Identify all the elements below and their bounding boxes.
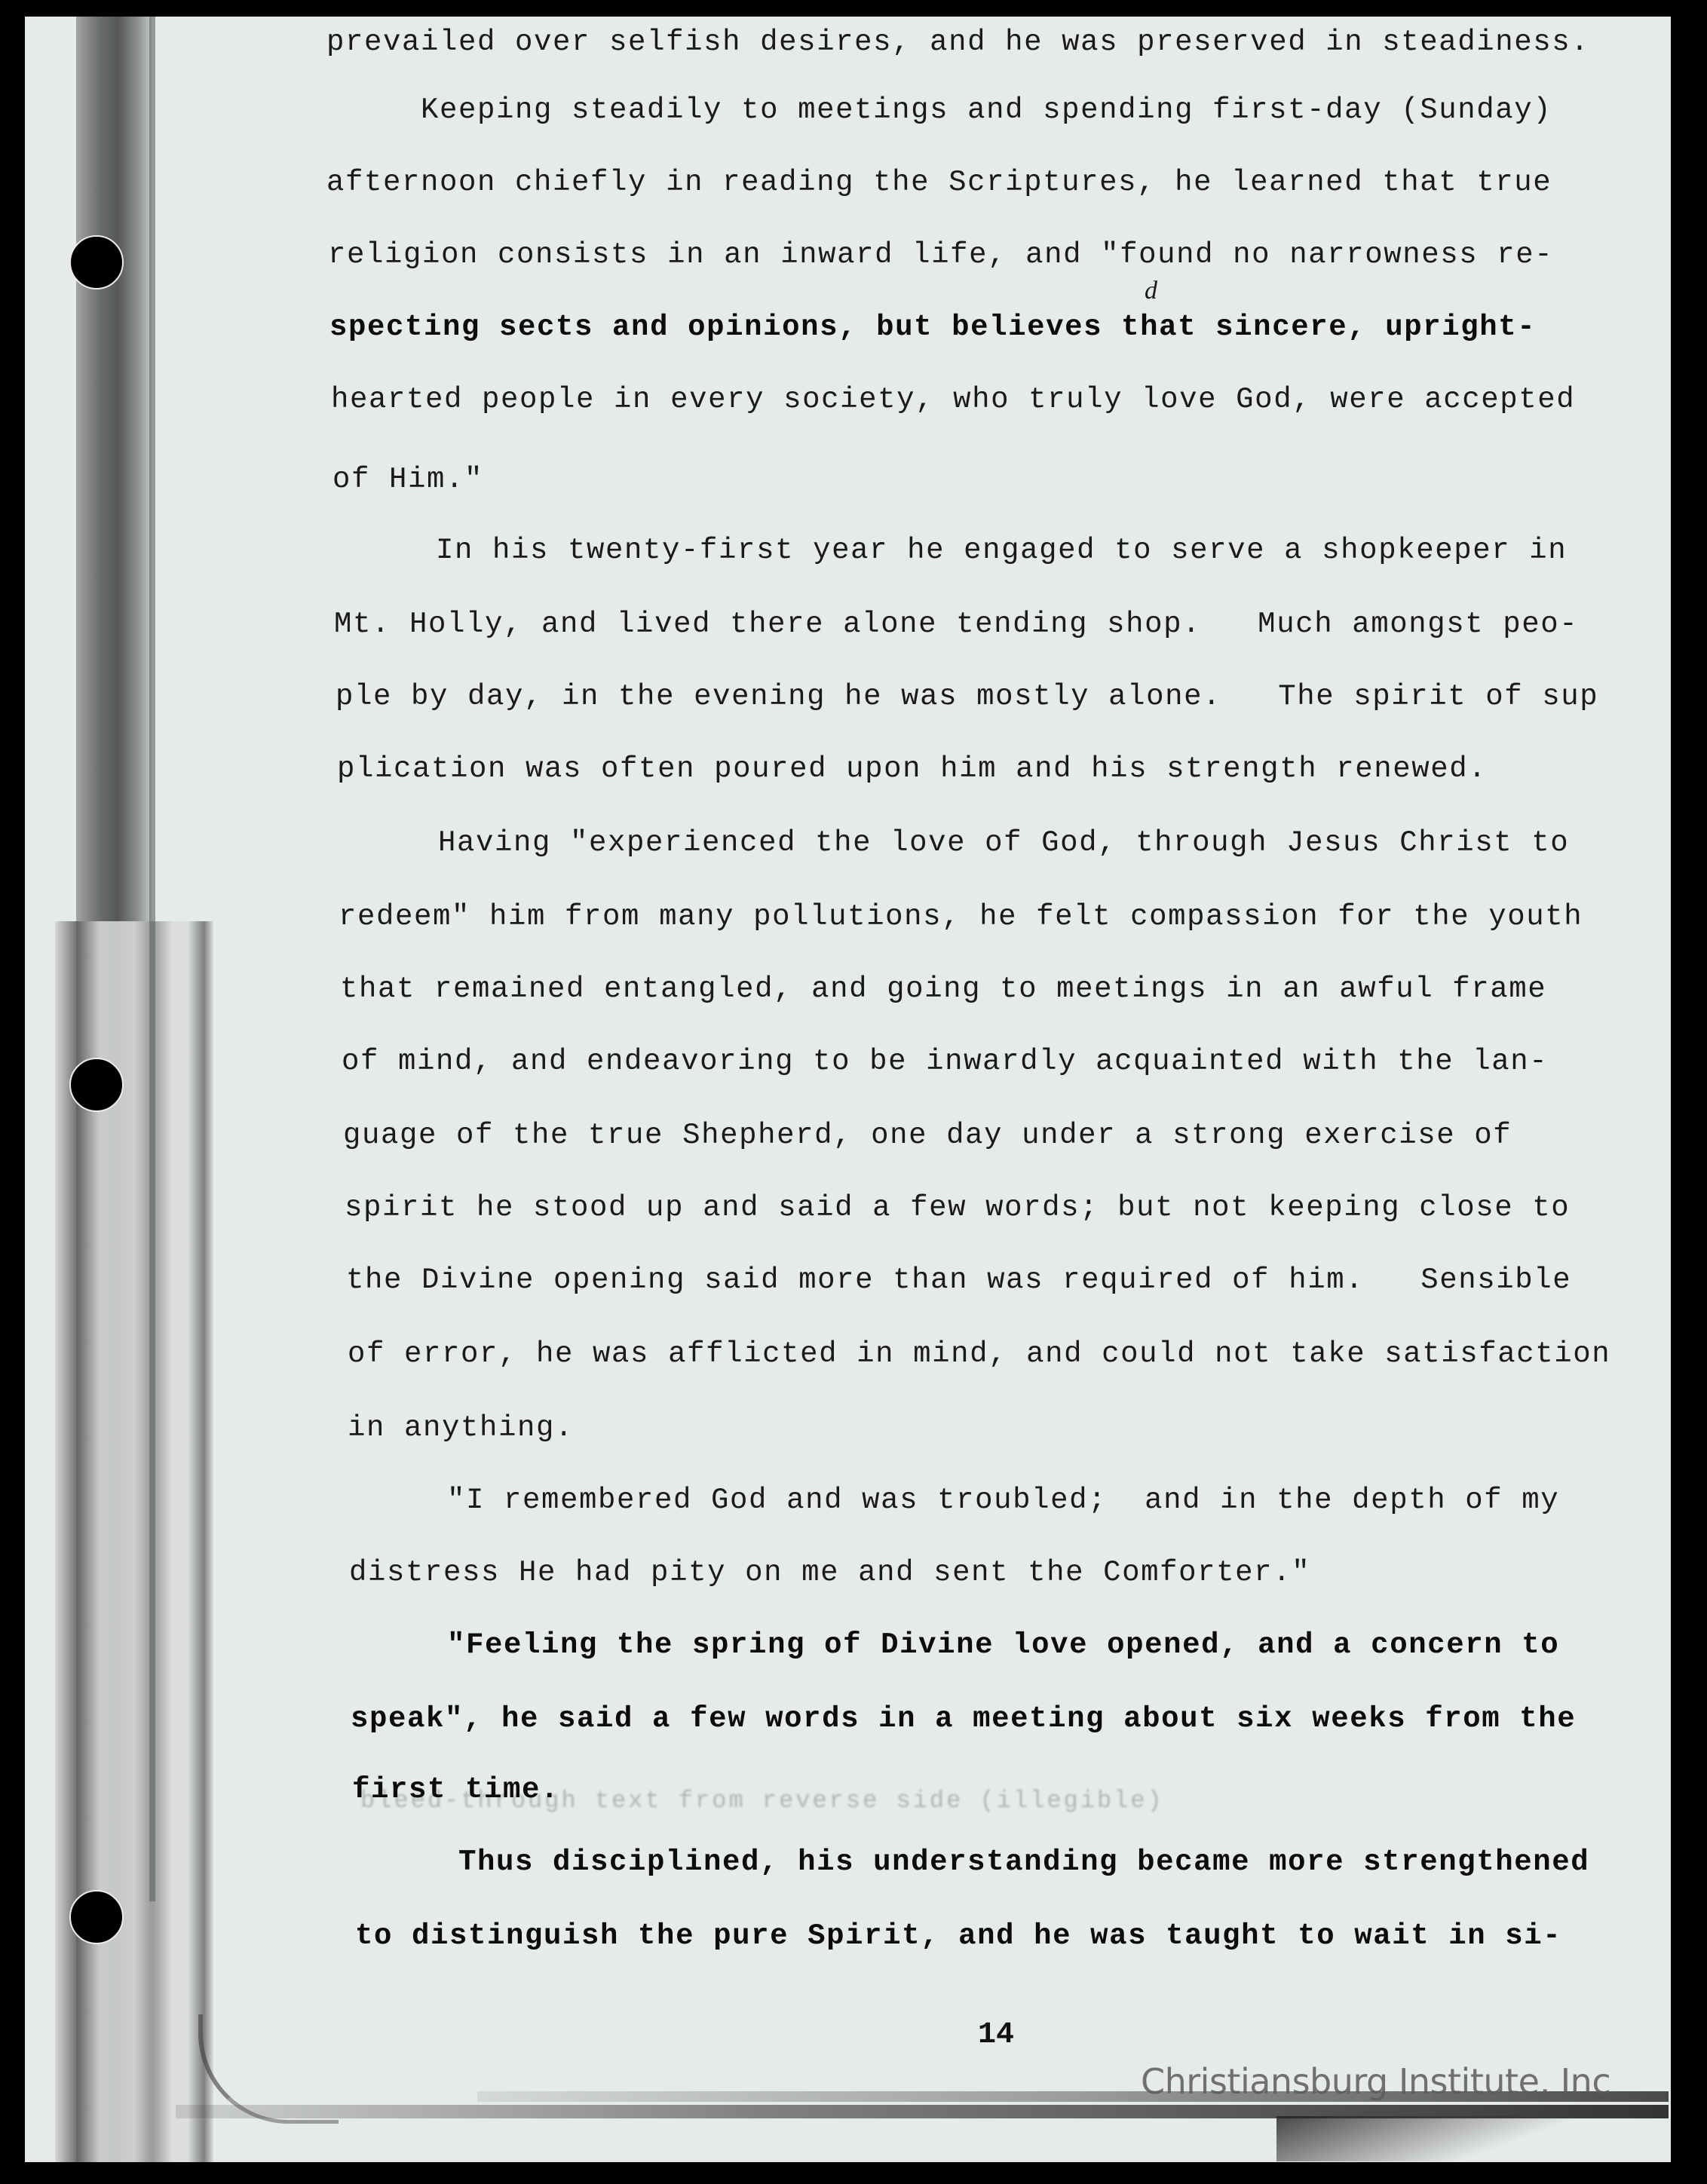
text-line: Thus disciplined, his understanding beca… (458, 1846, 1589, 1879)
text-line: redeem" him from many pollutions, he fel… (339, 900, 1583, 933)
typewritten-text: prevailed over selfish desires, and he w… (25, 17, 1671, 2162)
text-line: ple by day, in the evening he was mostly… (336, 680, 1598, 713)
text-line: specting sects and opinions, but believe… (329, 311, 1536, 344)
text-line: that remained entangled, and going to me… (340, 973, 1546, 1006)
text-line: to distinguish the pure Spirit, and he w… (355, 1919, 1561, 1953)
text-line: speak", he said a few words in a meeting… (351, 1702, 1576, 1735)
text-line: first time. (352, 1773, 559, 1806)
text-line: "I remembered God and was troubled; and … (447, 1484, 1559, 1517)
text-line: of Him." (333, 463, 483, 496)
page-number: 14 (978, 2018, 1014, 2052)
text-line: distress He had pity on me and sent the … (349, 1556, 1310, 1589)
text-line: of mind, and endeavoring to be inwardly … (342, 1045, 1548, 1078)
text-line: the Divine opening said more than was re… (346, 1264, 1571, 1297)
text-line: "Feeling the spring of Divine love opene… (447, 1628, 1559, 1662)
watermark: Christiansburg Institute, Inc (1141, 2061, 1610, 2102)
text-line: afternoon chiefly in reading the Scriptu… (326, 166, 1552, 199)
text-line: religion consists in an inward life, and… (328, 238, 1553, 271)
text-line: prevailed over selfish desires, and he w… (326, 26, 1589, 59)
text-line: in anything. (348, 1411, 574, 1444)
text-line: hearted people in every society, who tru… (331, 383, 1575, 416)
text-line: plication was often poured upon him and … (337, 752, 1487, 786)
document-page: prevailed over selfish desires, and he w… (25, 17, 1671, 2162)
text-line: of error, he was afflicted in mind, and … (348, 1337, 1610, 1371)
text-line: In his twenty-first year he engaged to s… (436, 534, 1567, 567)
text-line: Keeping steadily to meetings and spendin… (421, 93, 1552, 127)
text-line: guage of the true Shepherd, one day unde… (343, 1119, 1512, 1152)
text-line: spirit he stood up and said a few words;… (345, 1191, 1570, 1224)
handwritten-insertion: d (1145, 277, 1157, 305)
text-line: Having "experienced the love of God, thr… (438, 826, 1569, 859)
text-line: Mt. Holly, and lived there alone tending… (334, 608, 1578, 641)
